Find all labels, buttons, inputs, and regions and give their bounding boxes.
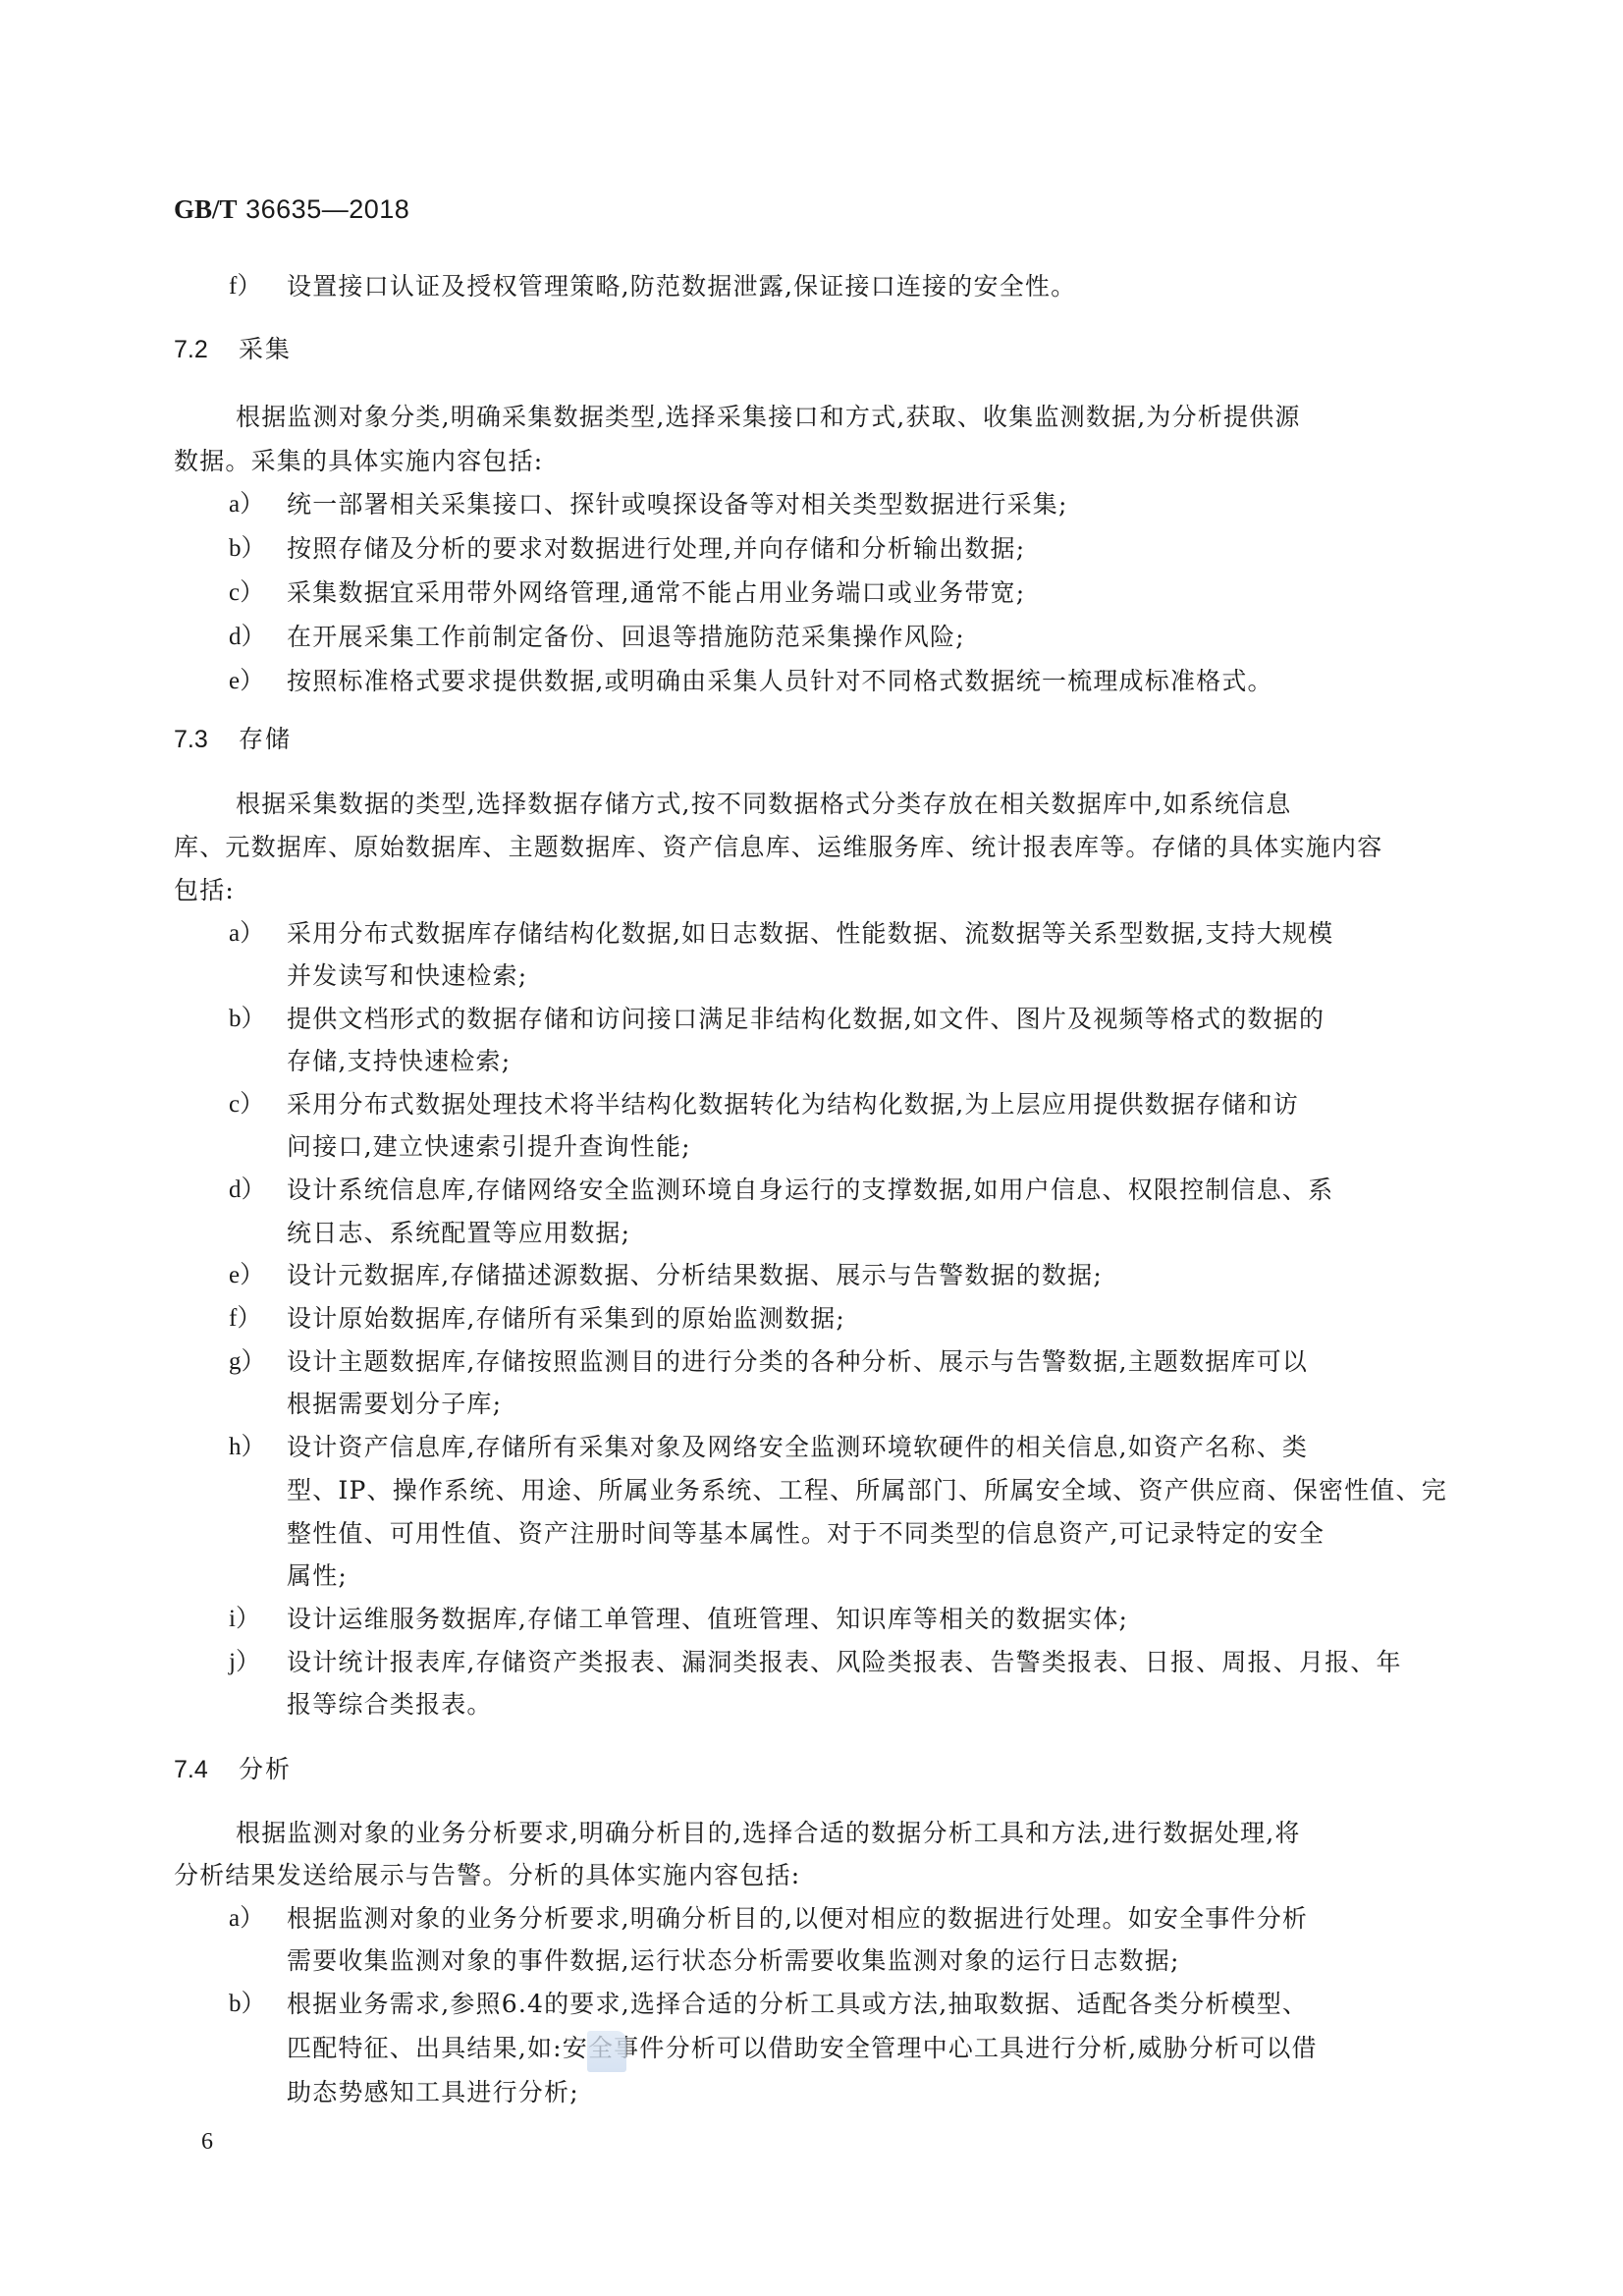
list-item-text: 采用分布式数据库存储结构化数据,如日志数据、性能数据、流数据等关系型数据,支持大… — [287, 919, 1333, 949]
list-item-text: 存储,支持快速检索; — [287, 1047, 511, 1076]
list-item-label: a） — [229, 919, 264, 949]
list-item-text: 匹配特征、出具结果,如:安全事件分析可以借助安全管理中心工具进行分析,威胁分析可… — [287, 2034, 1318, 2063]
list-item-text: 问接口,建立快速索引提升查询性能; — [287, 1132, 691, 1162]
list-item-text: 根据业务需求,参照6.4的要求,选择合适的分析工具或方法,抽取数据、适配各类分析… — [287, 1990, 1308, 2019]
list-item-text: 设计统计报表库,存储资产类报表、漏洞类报表、风险类报表、告警类报表、日报、周报、… — [287, 1648, 1402, 1677]
list-item-label: a） — [229, 1904, 264, 1934]
standard-code: GB/T — [174, 194, 238, 224]
list-item-text: 设计主题数据库,存储按照监测目的进行分类的各种分析、展示与告警数据,主题数据库可… — [287, 1347, 1308, 1377]
list-item-label: d） — [229, 623, 266, 652]
list-item-label: b） — [229, 1005, 266, 1034]
watermark-icon — [587, 2031, 626, 2072]
list-item-text: 设计原始数据库,存储所有采集到的原始监测数据; — [287, 1304, 845, 1334]
list-item-text: 属性; — [287, 1561, 348, 1591]
document-page: GB/T 36635—2018 f） 设置接口认证及授权管理策略,防范数据泄露,… — [0, 0, 1623, 2296]
list-item-text: 并发读写和快速检索; — [287, 961, 527, 991]
list-item-text: 整性值、可用性值、资产注册时间等基本属性。对于不同类型的信息资产,可记录特定的安… — [287, 1519, 1325, 1549]
list-item-text: 统一部署相关采集接口、探针或嗅探设备等对相关类型数据进行采集; — [287, 490, 1068, 519]
section-title: 采集 — [239, 335, 292, 363]
paragraph-line: 根据监测对象的业务分析要求,明确分析目的,选择合适的数据分析工具和方法,进行数据… — [236, 1819, 1301, 1848]
list-item-label: h） — [229, 1433, 266, 1462]
list-item-label: c） — [229, 578, 264, 608]
list-item-text: 提供文档形式的数据存储和访问接口满足非结构化数据,如文件、图片及视频等格式的数据… — [287, 1005, 1325, 1034]
list-item-text: 采用分布式数据处理技术将半结构化数据转化为结构化数据,为上层应用提供数据存储和访 — [287, 1090, 1299, 1120]
list-item-text: 设置接口认证及授权管理策略,防范数据泄露,保证接口连接的安全性。 — [287, 272, 1076, 301]
paragraph-line: 包括: — [174, 876, 235, 905]
standard-number: 36635—2018 — [245, 194, 409, 224]
list-item-text: 设计运维服务数据库,存储工单管理、值班管理、知识库等相关的数据实体; — [287, 1605, 1128, 1634]
list-item-text: 在开展采集工作前制定备份、回退等措施防范采集操作风险; — [287, 623, 965, 652]
list-item-text: 助态势感知工具进行分析; — [287, 2078, 579, 2107]
section-heading-7-4: 7.4分析 — [174, 1755, 292, 1784]
section-number: 7.3 — [174, 725, 239, 754]
list-item-text: 根据监测对象的业务分析要求,明确分析目的,以便对相应的数据进行处理。如安全事件分… — [287, 1904, 1308, 1934]
section-title: 存储 — [239, 725, 292, 753]
list-item-label: c） — [229, 1090, 264, 1120]
list-item-text: 设计系统信息库,存储网络安全监测环境自身运行的支撑数据,如用户信息、权限控制信息… — [287, 1175, 1333, 1205]
section-heading-7-3: 7.3存储 — [174, 725, 292, 754]
page-number: 6 — [201, 2129, 213, 2156]
list-item-text: 统日志、系统配置等应用数据; — [287, 1219, 630, 1248]
section-number: 7.4 — [174, 1755, 239, 1784]
paragraph-line: 根据监测对象分类,明确采集数据类型,选择采集接口和方式,获取、收集监测数据,为分… — [236, 403, 1301, 432]
list-item-label: d） — [229, 1175, 266, 1205]
list-item-label: b） — [229, 534, 266, 564]
standard-header: GB/T 36635—2018 — [174, 193, 409, 226]
paragraph-line: 根据采集数据的类型,选择数据存储方式,按不同数据格式分类存放在相关数据库中,如系… — [236, 790, 1291, 819]
section-title: 分析 — [239, 1755, 292, 1783]
list-item-text: 根据需要划分子库; — [287, 1390, 502, 1419]
list-item-label: j） — [229, 1648, 260, 1677]
list-item-label: f） — [229, 272, 261, 301]
list-item-text: 报等综合类报表。 — [287, 1690, 493, 1720]
section-heading-7-2: 7.2采集 — [174, 335, 292, 364]
list-item-label: a） — [229, 490, 264, 519]
list-item-text: 型、IP、操作系统、用途、所属业务系统、工程、所属部门、所属安全域、资产供应商、… — [287, 1476, 1447, 1505]
list-item-label: i） — [229, 1605, 260, 1634]
section-number: 7.2 — [174, 335, 239, 364]
paragraph-line: 数据。采集的具体实施内容包括: — [174, 447, 543, 476]
list-item-label: e） — [229, 667, 264, 696]
paragraph-line: 库、元数据库、原始数据库、主题数据库、资产信息库、运维服务库、统计报表库等。存储… — [174, 833, 1382, 862]
list-item-label: b） — [229, 1990, 266, 2019]
list-item-label: e） — [229, 1261, 264, 1290]
list-item-text: 需要收集监测对象的事件数据,运行状态分析需要收集监测对象的运行日志数据; — [287, 1946, 1180, 1976]
paragraph-line: 分析结果发送给展示与告警。分析的具体实施内容包括: — [174, 1861, 800, 1890]
list-item-text: 按照标准格式要求提供数据,或明确由采集人员针对不同格式数据统一梳理成标准格式。 — [287, 667, 1273, 696]
list-item-label: f） — [229, 1304, 261, 1334]
list-item-text: 设计资产信息库,存储所有采集对象及网络安全监测环境软硬件的相关信息,如资产名称、… — [287, 1433, 1308, 1462]
list-item-label: g） — [229, 1347, 266, 1377]
list-item-text: 设计元数据库,存储描述源数据、分析结果数据、展示与告警数据的数据; — [287, 1261, 1103, 1290]
list-item-text: 采集数据宜采用带外网络管理,通常不能占用业务端口或业务带宽; — [287, 578, 1025, 608]
list-item-text: 按照存储及分析的要求对数据进行处理,并向存储和分析输出数据; — [287, 534, 1025, 564]
